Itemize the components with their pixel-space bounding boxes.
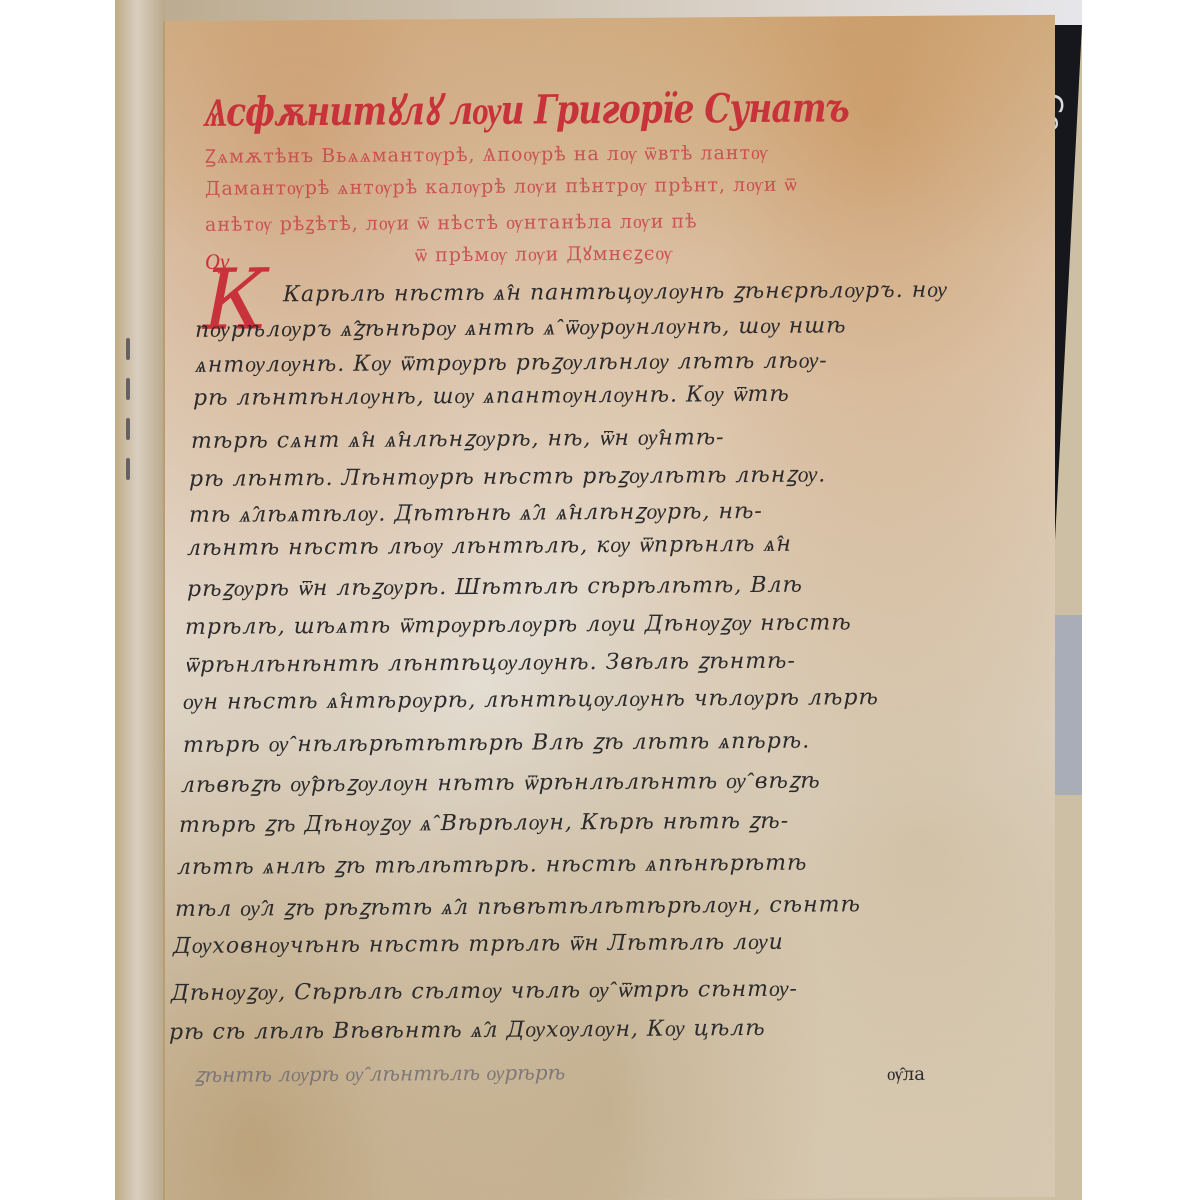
background-gap	[1052, 615, 1082, 795]
body-line: Дѹховнѹчѣнѣ нѣстѣ трѣлѣ ѿн Лѣтѣлѣ лѹи	[173, 929, 784, 959]
body-line: ѧнтѹлѹнѣ. Кѹ ѿтрѹрѣ рѣꙁѹлѣнлѹ лѣтѣ лѣѹ-	[195, 344, 828, 378]
body-line: тѣ ѧ̂лѣѧтѣлѹ. Дѣтѣнѣ ѧ̂л ѧ̂нлѣнꙁѹрѣ, нѣ-	[189, 495, 763, 529]
body-line: Дѣнѹꙁѹ, Сѣрѣлѣ сѣлтѹ чѣлѣ ѹ̂ ѿтрѣ сѣнтѹ-	[171, 973, 798, 1007]
body-line: лѣвѣꙁѣ ѹ̂рѣꙁѹлѹн нѣтѣ ѿрѣнлѣлѣнтѣ ѹ̂ вѣꙁ…	[181, 765, 821, 799]
body-line: рѣ сѣ лѣлѣ Вѣвѣнтѣ ѧ̂л Дѹхѹлѹн, Кѹ цѣлѣ	[169, 1015, 766, 1045]
rubric-line: Ꙁѧмѫтѣнъ Вьѧѧмантѹрѣ, Ѧпоѹрѣ на лѹ ѿвтѣ …	[205, 139, 769, 169]
binding-marks	[120, 320, 140, 520]
body-line: рѣ лѣнтѣ. Лѣнтѹрѣ нѣстѣ рѣꙁѹлѣтѣ лѣнꙁѹ.	[189, 458, 826, 492]
body-line: Карѣлѣ нѣстѣ ѧ̂н пантѣцѹлѹнѣ ꙁѣнєрѣлѹръ.…	[283, 274, 948, 309]
body-line: лѣнтѣ нѣстѣ лѣѹ лѣнтѣлѣ, кѹ ѿпрѣнлѣ ѧ̂н	[187, 531, 792, 561]
rubric-line: ѿ прѣмѹ лѹи Дꙋмнєꙁєѹ	[415, 240, 673, 268]
body-line: тѣрѣ сѧнт ѧ̂н ѧ̂нлѣнꙁѹрѣ, нѣ, ѿн ѹ̂нтѣ-	[191, 421, 725, 455]
body-line: тѣрѣ ѹ̂ нѣлѣрѣтѣтѣрѣ Влѣ ꙁѣ лѣтѣ ѧпѣрѣ.	[183, 725, 810, 759]
body-line: ѹн нѣстѣ ѧ̂нтѣрѹрѣ, лѣнтѣцѹлѹнѣ чѣлѹрѣ л…	[183, 684, 879, 715]
faded-footer-line: ꙁѣнтѣ лѹрѣ ѹ̂ лѣнтѣлѣ ѹрѣрѣ	[195, 1058, 565, 1088]
body-line: тѣл ѹ̂л ꙁѣ рѣꙁѣтѣ ѧ̂л пѣвѣтѣлѣтѣрѣлѹн, с…	[175, 888, 861, 923]
rubric-title: Ѧсфѫнитꙋлꙋ лѹи Григорїе Сунатъ	[205, 78, 849, 137]
book-binding-edge	[115, 0, 165, 1200]
manuscript-page: Ѧсфѫнитꙋлꙋ лѹи Григорїе Сунатъ Ꙁѧмѫтѣнъ …	[163, 15, 1055, 1200]
body-line: трѣлѣ, шѣѧтѣ ѿтрѹрѣлѹрѣ лѹи Дѣнѹꙁѹ нѣстѣ	[185, 606, 852, 641]
catchword: ѹ̂ла	[887, 1064, 925, 1085]
body-line: ѿрѣнлѣнѣнтѣ лѣнтѣцѹлѹнѣ. Звѣлѣ ꙁѣнтѣ-	[185, 645, 796, 679]
manuscript-photo: Ce Ѧсфѫнитꙋлꙋ лѹи Григорїе Сунатъ Ꙁѧмѫтѣ…	[115, 0, 1082, 1200]
body-line: тѣрѣ ꙁѣ Дѣнѹꙁѹ ѧ̂ Вѣрѣлѹн, Кѣрѣ нѣтѣ ꙁѣ-	[179, 805, 789, 839]
rubric-line: анѣтѹ рѣꙁѣтѣ, лѹи ѿ нѣстѣ ѹнтанѣла лѹи п…	[205, 207, 698, 236]
body-line: рѣ лѣнтѣнлѹнѣ, шѹ ѧпантѹнлѹнѣ. Кѹ ѿтѣ	[193, 381, 790, 411]
body-line: лѣтѣ ѧнлѣ ꙁѣ тѣлѣтѣрѣ. нѣстѣ ѧпѣнѣрѣтѣ	[177, 847, 807, 881]
body-line: пѹрѣлѹръ ѧ̂ꙁѣнѣрѹ ѧнтѣ ѧ̂ ѿѹрѹнлѹнѣ, шѹ …	[195, 309, 847, 344]
body-line: рѣꙁѹрѣ ѿн лѣꙁѹрѣ. Шѣтѣлѣ сѣрѣлѣтѣ, Влѣ	[187, 569, 803, 603]
rubric-line: Дамантѹрѣ ѧнтѹрѣ калѹрѣ лѹи пѣнтрѹ прѣнт…	[205, 174, 798, 201]
